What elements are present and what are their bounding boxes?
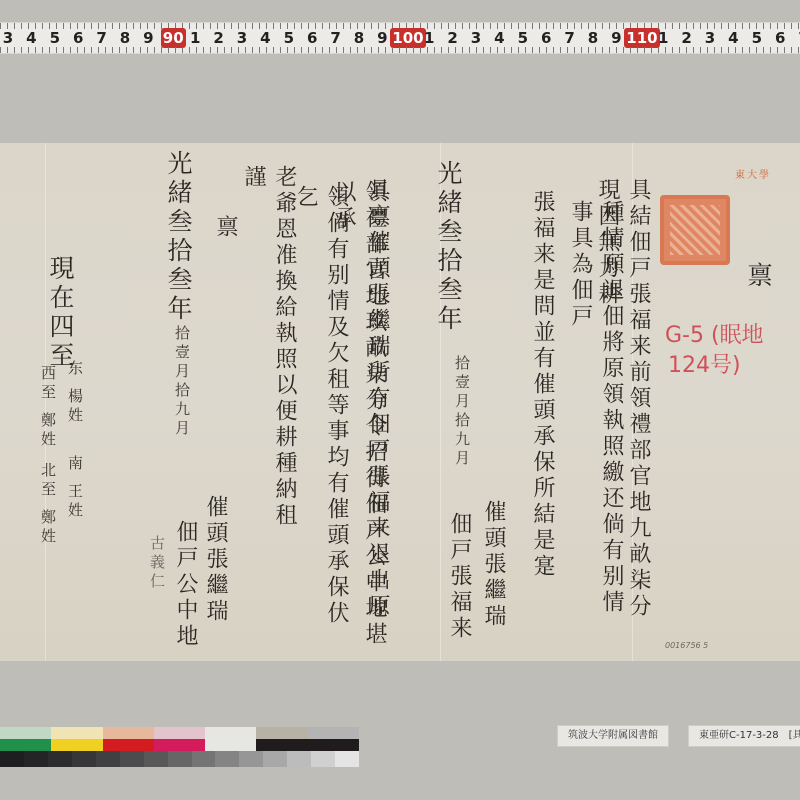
ruler-number: 5 (278, 28, 300, 48)
library-label: 筑波大学附属図書館 (557, 725, 669, 747)
color-swatch (96, 751, 120, 767)
color-swatch (103, 739, 154, 751)
ruler-number: 4 (488, 28, 510, 48)
color-swatch (256, 727, 307, 739)
ruler-number: 7 (559, 28, 581, 48)
color-swatch (48, 751, 72, 767)
ruler-number: 4 (20, 28, 42, 48)
text-column: 張福来是問並有催頭承保所結是寔 (527, 190, 558, 610)
ruler-number: 1 (418, 28, 440, 48)
color-swatch (0, 751, 24, 767)
color-swatch (205, 727, 256, 739)
text-column: 種情願退佃將原領執照繳还倘有别情事具為佃戸 (565, 200, 627, 640)
color-swatch (311, 751, 335, 767)
signer-column: 佃戸張福来 (444, 512, 475, 642)
boundary-west: 西至 鄭姓 (38, 365, 59, 455)
heading-bing-small: 禀 (210, 215, 241, 241)
catalog-label: 東亜研C-17-3-28 [具結 (688, 725, 800, 747)
color-row-saturated (0, 739, 359, 751)
ruler-number: 3 (231, 28, 253, 48)
ruler-ticks-bottom (0, 47, 800, 53)
location-title: 現在四至 (42, 255, 78, 371)
ruler-number: 3 (699, 28, 721, 48)
color-row-pastel (0, 727, 359, 739)
color-swatch (287, 751, 311, 767)
color-swatch (144, 751, 168, 767)
color-swatch (72, 751, 96, 767)
color-swatch (154, 727, 205, 739)
name-pencil: 古義仁 (147, 535, 168, 592)
ruler-number: 5 (746, 28, 768, 48)
ruler-number: 6 (769, 28, 791, 48)
ruler-number: 8 (114, 28, 136, 48)
red-pen-note-1: G-5 (眠地 (665, 322, 764, 350)
ruler-number: 5 (512, 28, 534, 48)
red-pen-note-2: 124号) (668, 352, 741, 380)
color-swatch (263, 751, 287, 767)
ruler-number: 9 (137, 28, 159, 48)
grayscale-row (0, 751, 359, 767)
signer-column: 催頭張繼瑞 (200, 495, 231, 625)
date-month-column: 拾壹月拾九月 (452, 355, 473, 495)
color-swatch (205, 739, 256, 751)
color-swatch (0, 727, 51, 739)
color-swatch (168, 751, 192, 767)
ruler-number: 3 (465, 28, 487, 48)
ruler-number: 4 (254, 28, 276, 48)
boundary-north: 北至 鄭姓 (38, 462, 59, 552)
ruler-number: 8 (582, 28, 604, 48)
color-swatch (335, 751, 359, 767)
ruler-number: 2 (676, 28, 698, 48)
color-swatch (120, 751, 144, 767)
ruler-number: 1 (184, 28, 206, 48)
ruler-number: 6 (301, 28, 323, 48)
color-swatch (154, 739, 205, 751)
ruler-number: 5 (44, 28, 66, 48)
signer-column: 催頭張繼瑞 (478, 500, 509, 630)
heading-bing: 禀 (740, 262, 776, 291)
color-swatch (51, 739, 102, 751)
ruler-number: 6 (67, 28, 89, 48)
color-swatch (24, 751, 48, 767)
ruler-number: 2 (208, 28, 230, 48)
ruler-number: 7 (325, 28, 347, 48)
red-seal-stamp (660, 195, 730, 265)
date-month-column: 拾壹月拾九月 (172, 325, 193, 465)
ruler-number: 2 (442, 28, 464, 48)
color-calibration-chart (0, 727, 359, 767)
library-stamp-small: 東大學 (735, 166, 771, 181)
color-swatch (192, 751, 216, 767)
ruler-number: 6 (535, 28, 557, 48)
measuring-ruler: 3456789901234567891001234567891101234567 (0, 22, 800, 54)
color-swatch (215, 751, 239, 767)
color-swatch (308, 739, 359, 751)
ruler-number: 7 (91, 28, 113, 48)
ruler-number: 1 (652, 28, 674, 48)
accession-number: 0016756 5 (665, 641, 708, 650)
color-swatch (256, 739, 307, 751)
signer-column: 佃戸公中地 (170, 520, 201, 650)
color-swatch (239, 751, 263, 767)
ruler-numbers: 3456789901234567891001234567891101234567 (0, 28, 800, 48)
color-swatch (103, 727, 154, 739)
color-swatch (308, 727, 359, 739)
ruler-number: 8 (348, 28, 370, 48)
ruler-number: 3 (0, 28, 19, 48)
text-column: 老爺恩准換給執照以便耕種納租謹 (238, 165, 300, 545)
color-swatch (51, 727, 102, 739)
color-swatch (0, 739, 51, 751)
boundary-south: 南 王姓 (65, 455, 86, 545)
boundary-east: 东 楊姓 (65, 360, 86, 450)
ruler-number: 4 (722, 28, 744, 48)
ruler-number: 7 (793, 28, 800, 48)
ruler-number: 90 (161, 28, 186, 48)
